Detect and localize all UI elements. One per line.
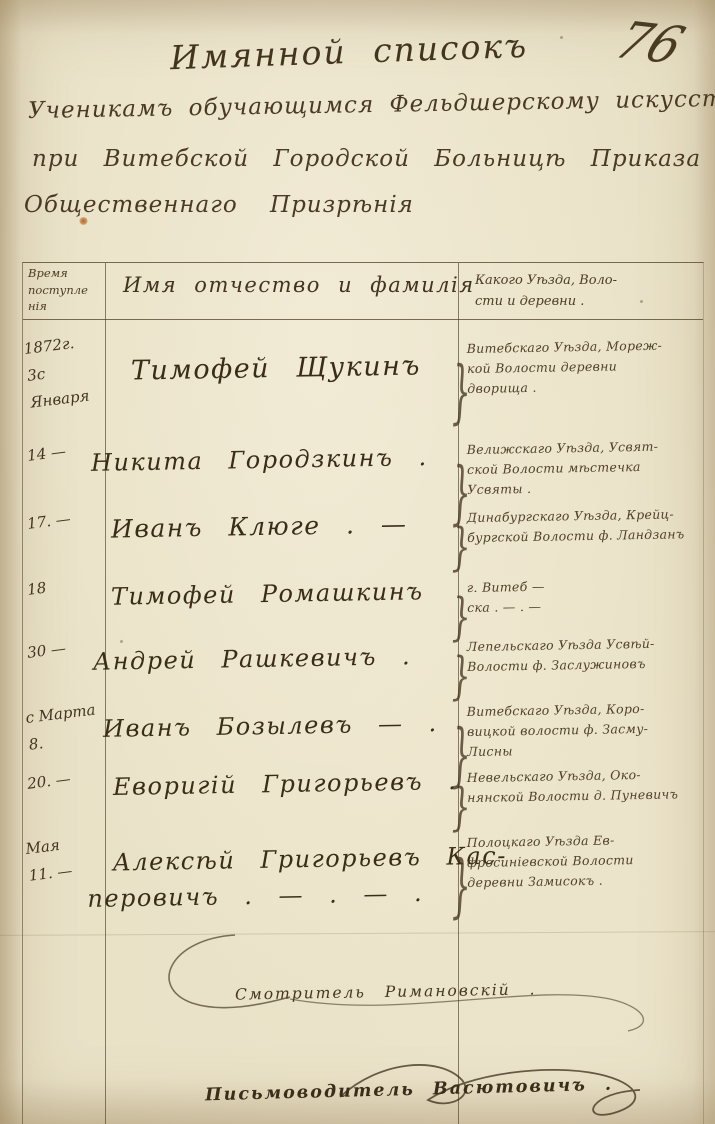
place-line: Лисны	[467, 738, 703, 762]
row-student-name: Иванъ Бозылевъ — .	[103, 709, 438, 743]
subtitle-line: Ученикамъ обучающимся Фельдшерскому иску…	[28, 86, 715, 124]
name-line: Еворигій Григорьевъ .	[113, 767, 458, 801]
row-origin-place: }Велижскаго Уѣзда, Усвят-ской Волости мѣ…	[466, 436, 703, 500]
row-origin-place: }Невельскаго Уѣзда, Око-нянской Волости …	[467, 764, 704, 808]
row-admission-date: 20. —	[26, 761, 109, 798]
header-line: нія	[28, 298, 88, 315]
name-line: Иванъ Клюге . —	[111, 509, 408, 543]
row-origin-place: }Витебскаго Уѣзда, Мореж-кой Волости дер…	[466, 335, 703, 399]
signature-flourish	[330, 1052, 670, 1122]
name-line: Никита Городзкинъ .	[91, 443, 428, 477]
row-admission-date: Мая11. —	[24, 826, 110, 889]
date-line: 17. —	[26, 501, 109, 538]
header-line: сти и деревни .	[475, 292, 617, 313]
place-line: Волости ф. Заслужиновъ	[467, 653, 703, 677]
row-admission-date: 1872г.3с Января	[22, 326, 111, 416]
place-line: дворища .	[467, 375, 703, 399]
row-student-name: Еворигій Григорьевъ .	[113, 767, 458, 801]
paper-speck	[640, 300, 643, 303]
name-line: Тимофей Щукинъ	[131, 350, 421, 386]
header-line: Время	[28, 265, 88, 282]
row-origin-place: }Полоцкаго Уѣзда Ев-фросиніевской Волост…	[466, 829, 703, 893]
header-line: поступле	[28, 282, 88, 299]
row-student-name: Тимофей Ромашкинъ	[111, 577, 424, 610]
name-line: Тимофей Ромашкинъ	[111, 577, 424, 610]
document-page: 76 Имянной списокъ Ученикамъ обучающимся…	[0, 0, 715, 1124]
row-origin-place: }Динабургскаго Уѣзда, Крейц-бургской Вол…	[467, 504, 704, 548]
subtitle-line: при Витебской Городской Больницѣ Приказа	[32, 146, 715, 172]
header-line: Какого Уѣзда, Воло-	[475, 271, 617, 292]
date-line: 18	[26, 567, 109, 604]
row-origin-place: }Витебскаго Уѣзда, Коро-вицкой волости ф…	[466, 698, 703, 762]
row-student-name: Никита Городзкинъ .	[91, 443, 428, 477]
row-student-name: Алексѣй Григорьевъ Кас-перовичъ . — . — …	[112, 842, 507, 913]
place-line: деревни Замисокъ .	[467, 869, 703, 893]
date-line: 3с Января	[26, 353, 112, 416]
page-number: 76	[607, 11, 693, 75]
place-line: Усвяты .	[467, 476, 703, 500]
column-header-admission-time: Время поступле нія	[28, 265, 88, 315]
column-header-name: Имя отчество и фамилія	[123, 273, 475, 297]
row-origin-place: }г. Витеб —ска . — . —	[467, 574, 704, 618]
place-line: бургской Волости ф. Ландзанъ	[467, 524, 703, 548]
name-line: Алексѣй Григорьевъ Кас-	[112, 842, 507, 877]
paper-speck	[120, 640, 123, 643]
place-line: нянской Волости д. Пуневичъ	[467, 784, 703, 808]
paper-stain	[79, 217, 88, 225]
brace-mark: }	[450, 339, 471, 450]
row-admission-date: 17. —	[26, 501, 109, 538]
row-student-name: Тимофей Щукинъ	[131, 350, 421, 386]
subtitle-line: Общественнаго Призрѣнія	[24, 192, 714, 218]
name-line: перовичъ . — . — .	[87, 878, 508, 913]
column-header-district: Какого Уѣзда, Воло- сти и деревни .	[475, 271, 617, 313]
document-title: Имянной списокъ	[169, 26, 528, 77]
row-admission-date: 18	[26, 567, 109, 604]
table-header-row: Время поступле нія Имя отчество и фамилі…	[23, 263, 703, 320]
row-admission-date: с Марта8.	[24, 695, 110, 758]
row-origin-place: }Лепельскаго Уѣзда Усвѣй-Волости ф. Засл…	[467, 633, 704, 677]
place-line: ска . — . —	[467, 594, 703, 618]
date-line: 20. —	[26, 761, 109, 798]
row-student-name: Андрей Рашкевичъ .	[93, 642, 412, 676]
paper-speck	[560, 36, 563, 39]
row-student-name: Иванъ Клюге . —	[111, 509, 408, 543]
name-line: Иванъ Бозылевъ — .	[103, 709, 438, 743]
name-line: Андрей Рашкевичъ .	[93, 642, 412, 676]
